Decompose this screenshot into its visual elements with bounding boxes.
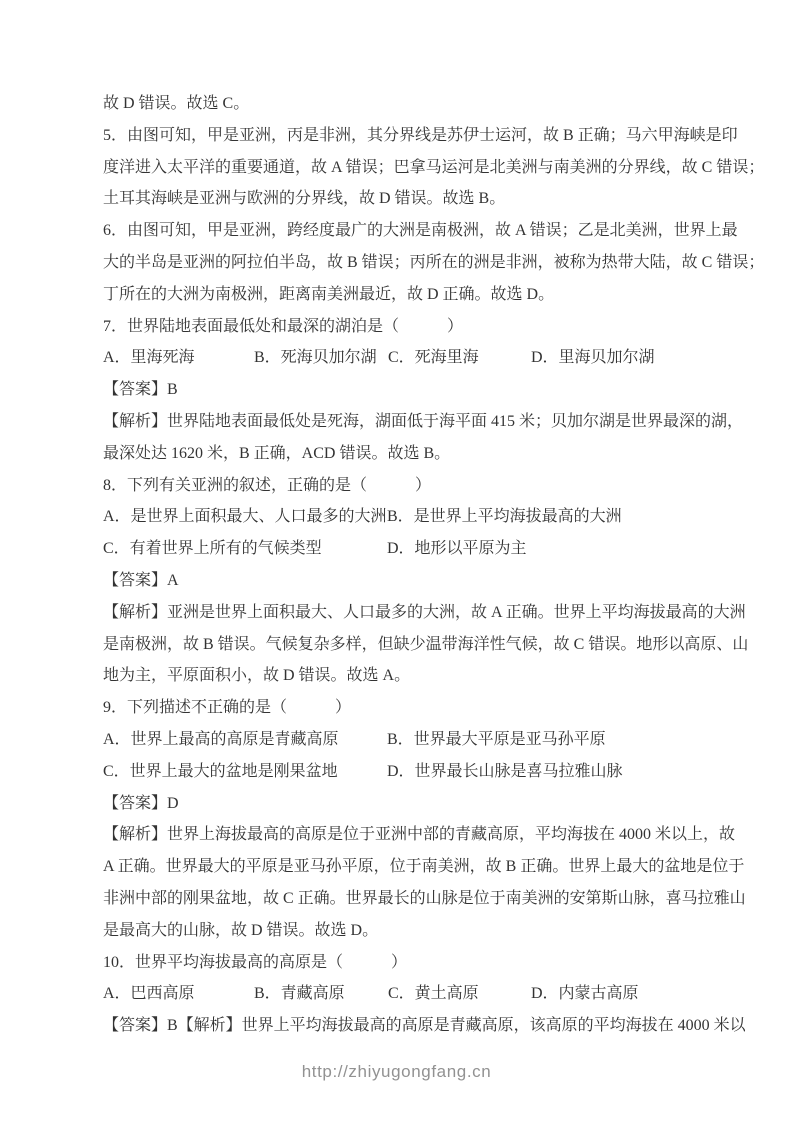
options-row: C．有着世界上所有的气候类型D．地形以平原为主 — [103, 533, 689, 565]
options-row: C．世界上最大的盆地是刚果盆地D．世界最长山脉是喜马拉雅山脉 — [103, 756, 689, 788]
option-a: A．是世界上面积最大、人口最多的大洲 — [103, 501, 387, 533]
options-row: A．世界上最高的高原是青藏高原B．世界最大平原是亚马孙平原 — [103, 724, 689, 756]
answer-line: 【答案】A — [103, 565, 689, 597]
text-line: 是最高大的山脉，故 D 错误。故选 D。 — [103, 915, 689, 947]
text-line: 故 D 错误。故选 C。 — [103, 88, 689, 120]
document-body: 故 D 错误。故选 C。5．由图可知，甲是亚洲，丙是非洲，其分界线是苏伊士运河，… — [103, 88, 689, 1042]
option-b: B．是世界上平均海拔最高的大洲 — [387, 501, 689, 533]
option-a: A．里海死海 — [103, 342, 254, 374]
option-d: D．世界最长山脉是喜马拉雅山脉 — [387, 756, 689, 788]
text-line: 【解析】世界陆地表面最低处是死海，湖面低于海平面 415 米；贝加尔湖是世界最深… — [103, 406, 689, 438]
option-c: C．黄土高原 — [388, 978, 531, 1010]
text-line: 土耳其海峡是亚洲与欧洲的分界线，故 D 错误。故选 B。 — [103, 183, 689, 215]
option-d: D．内蒙古高原 — [531, 978, 689, 1010]
option-c: C．有着世界上所有的气候类型 — [103, 533, 387, 565]
option-b: B．青藏高原 — [254, 978, 388, 1010]
answer-line: 【答案】B【解析】世界上平均海拔最高的高原是青藏高原，该高原的平均海拔在 400… — [103, 1010, 689, 1042]
text-line: 是南极洲，故 B 错误。气候复杂多样，但缺少温带海洋性气候，故 C 错误。地形以… — [103, 629, 689, 661]
text-line: 6．由图可知，甲是亚洲，跨经度最广的大洲是南极洲，故 A 错误；乙是北美洲，世界… — [103, 215, 689, 247]
option-a: A．世界上最高的高原是青藏高原 — [103, 724, 387, 756]
options-row: A．是世界上面积最大、人口最多的大洲B．是世界上平均海拔最高的大洲 — [103, 501, 689, 533]
text-line: A 正确。世界最大的平原是亚马孙平原，位于南美洲，故 B 正确。世界上最大的盆地… — [103, 851, 689, 883]
document-page: { "page": { "background": "#ffffff", "te… — [0, 0, 793, 1122]
text-line: 5．由图可知，甲是亚洲，丙是非洲，其分界线是苏伊士运河，故 B 正确；马六甲海峡… — [103, 120, 689, 152]
question-line: 10．世界平均海拔最高的高原是（ ） — [103, 947, 689, 979]
text-line: 非洲中部的刚果盆地，故 C 正确。世界最长的山脉是位于南美洲的安第斯山脉，喜马拉… — [103, 883, 689, 915]
question-line: 7．世界陆地表面最低处和最深的湖泊是（ ） — [103, 311, 689, 343]
text-line: 【解析】亚洲是世界上面积最大、人口最多的大洲，故 A 正确。世界上平均海拔最高的… — [103, 597, 689, 629]
question-line: 9．下列描述不正确的是（ ） — [103, 692, 689, 724]
text-line: 丁所在的大洲为南极洲，距离南美洲最近，故 D 正确。故选 D。 — [103, 279, 689, 311]
options-row: A．里海死海B．死海贝加尔湖C．死海里海D．里海贝加尔湖 — [103, 342, 689, 374]
answer-line: 【答案】B — [103, 374, 689, 406]
option-c: C．死海里海 — [388, 342, 531, 374]
options-row: A．巴西高原B．青藏高原C．黄土高原D．内蒙古高原 — [103, 978, 689, 1010]
answer-line: 【答案】D — [103, 788, 689, 820]
text-line: 地为主，平原面积小，故 D 错误。故选 A。 — [103, 660, 689, 692]
text-line: 度洋进入太平洋的重要通道，故 A 错误；巴拿马运河是北美洲与南美洲的分界线，故 … — [103, 152, 689, 184]
option-d: D．里海贝加尔湖 — [531, 342, 689, 374]
option-a: A．巴西高原 — [103, 978, 254, 1010]
text-line: 【解析】世界上海拔最高的高原是位于亚洲中部的青藏高原，平均海拔在 4000 米以… — [103, 819, 689, 851]
text-line: 大的半岛是亚洲的阿拉伯半岛，故 B 错误；丙所在的洲是非洲，被称为热带大陆，故 … — [103, 247, 689, 279]
footer-watermark-url: http://zhiyugongfang.cn — [0, 1062, 793, 1082]
option-b: B．死海贝加尔湖 — [254, 342, 388, 374]
option-c: C．世界上最大的盆地是刚果盆地 — [103, 756, 387, 788]
option-b: B．世界最大平原是亚马孙平原 — [387, 724, 689, 756]
text-line: 最深处达 1620 米，B 正确，ACD 错误。故选 B。 — [103, 438, 689, 470]
question-line: 8．下列有关亚洲的叙述，正确的是（ ） — [103, 470, 689, 502]
option-d: D．地形以平原为主 — [387, 533, 689, 565]
